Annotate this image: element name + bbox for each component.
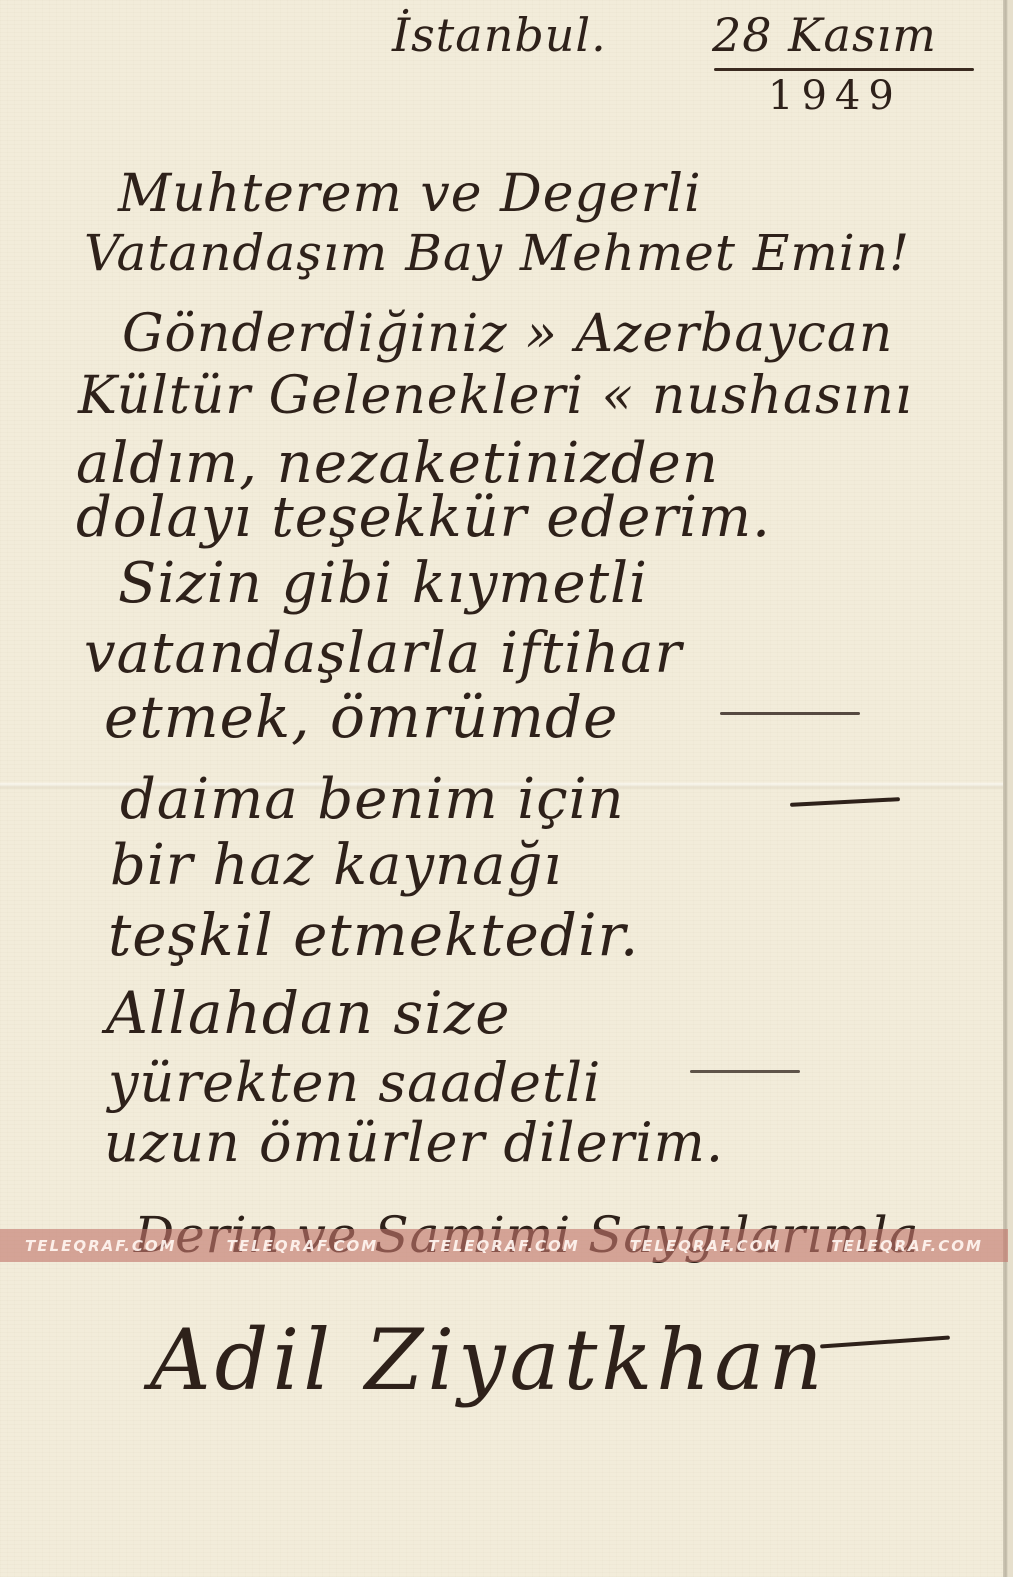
- date-underline: [714, 68, 974, 71]
- pen-stroke: [720, 712, 860, 715]
- salutation-line-1: Muhterem ve Degerli: [118, 168, 702, 220]
- body-line: yürekten saadetli: [108, 1056, 601, 1110]
- pen-stroke: [790, 797, 900, 807]
- body-line: teşkil etmektedir.: [108, 906, 639, 964]
- watermark-text: TELEQRAF.COM: [227, 1237, 379, 1255]
- pen-stroke: [690, 1070, 800, 1073]
- watermark-text: TELEQRAF.COM: [630, 1237, 782, 1255]
- body-line: aldım, nezaketinizden: [76, 436, 719, 492]
- watermark-text: TELEQRAF.COM: [831, 1237, 983, 1255]
- letter-place: İstanbul.: [392, 12, 607, 58]
- body-line: vatandaşlarla iftihar: [84, 626, 682, 682]
- body-line: Kültür Gelenekleri « nushasını: [78, 370, 912, 422]
- salutation-line-2: Vatandaşım Bay Mehmet Emin!: [84, 228, 910, 278]
- signature-flourish: [820, 1335, 950, 1348]
- body-line: Allahdan size: [106, 984, 511, 1042]
- letter-year: 1949: [768, 76, 902, 116]
- body-line: uzun ömürler dilerim.: [104, 1116, 724, 1170]
- body-line: Gönderdiğiniz » Azerbaycan: [122, 308, 893, 360]
- watermark-band: TELEQRAF.COM TELEQRAF.COM TELEQRAF.COM T…: [0, 1229, 1008, 1262]
- signature: Adil Ziyatkhan: [150, 1318, 827, 1402]
- body-line: daima benim için: [120, 772, 625, 828]
- watermark-text: TELEQRAF.COM: [428, 1237, 580, 1255]
- letter-page: İstanbul. 28 Kasım 1949 Muhterem ve Dege…: [0, 0, 1013, 1577]
- body-line: bir haz kaynağı: [110, 838, 562, 894]
- body-line: etmek, ömrümde: [104, 688, 618, 746]
- body-line: Sizin gibi kıymetli: [118, 556, 648, 612]
- watermark-text: TELEQRAF.COM: [25, 1237, 177, 1255]
- letter-date: 28 Kasım: [712, 12, 937, 58]
- body-line: dolayı teşekkür ederim.: [76, 490, 771, 546]
